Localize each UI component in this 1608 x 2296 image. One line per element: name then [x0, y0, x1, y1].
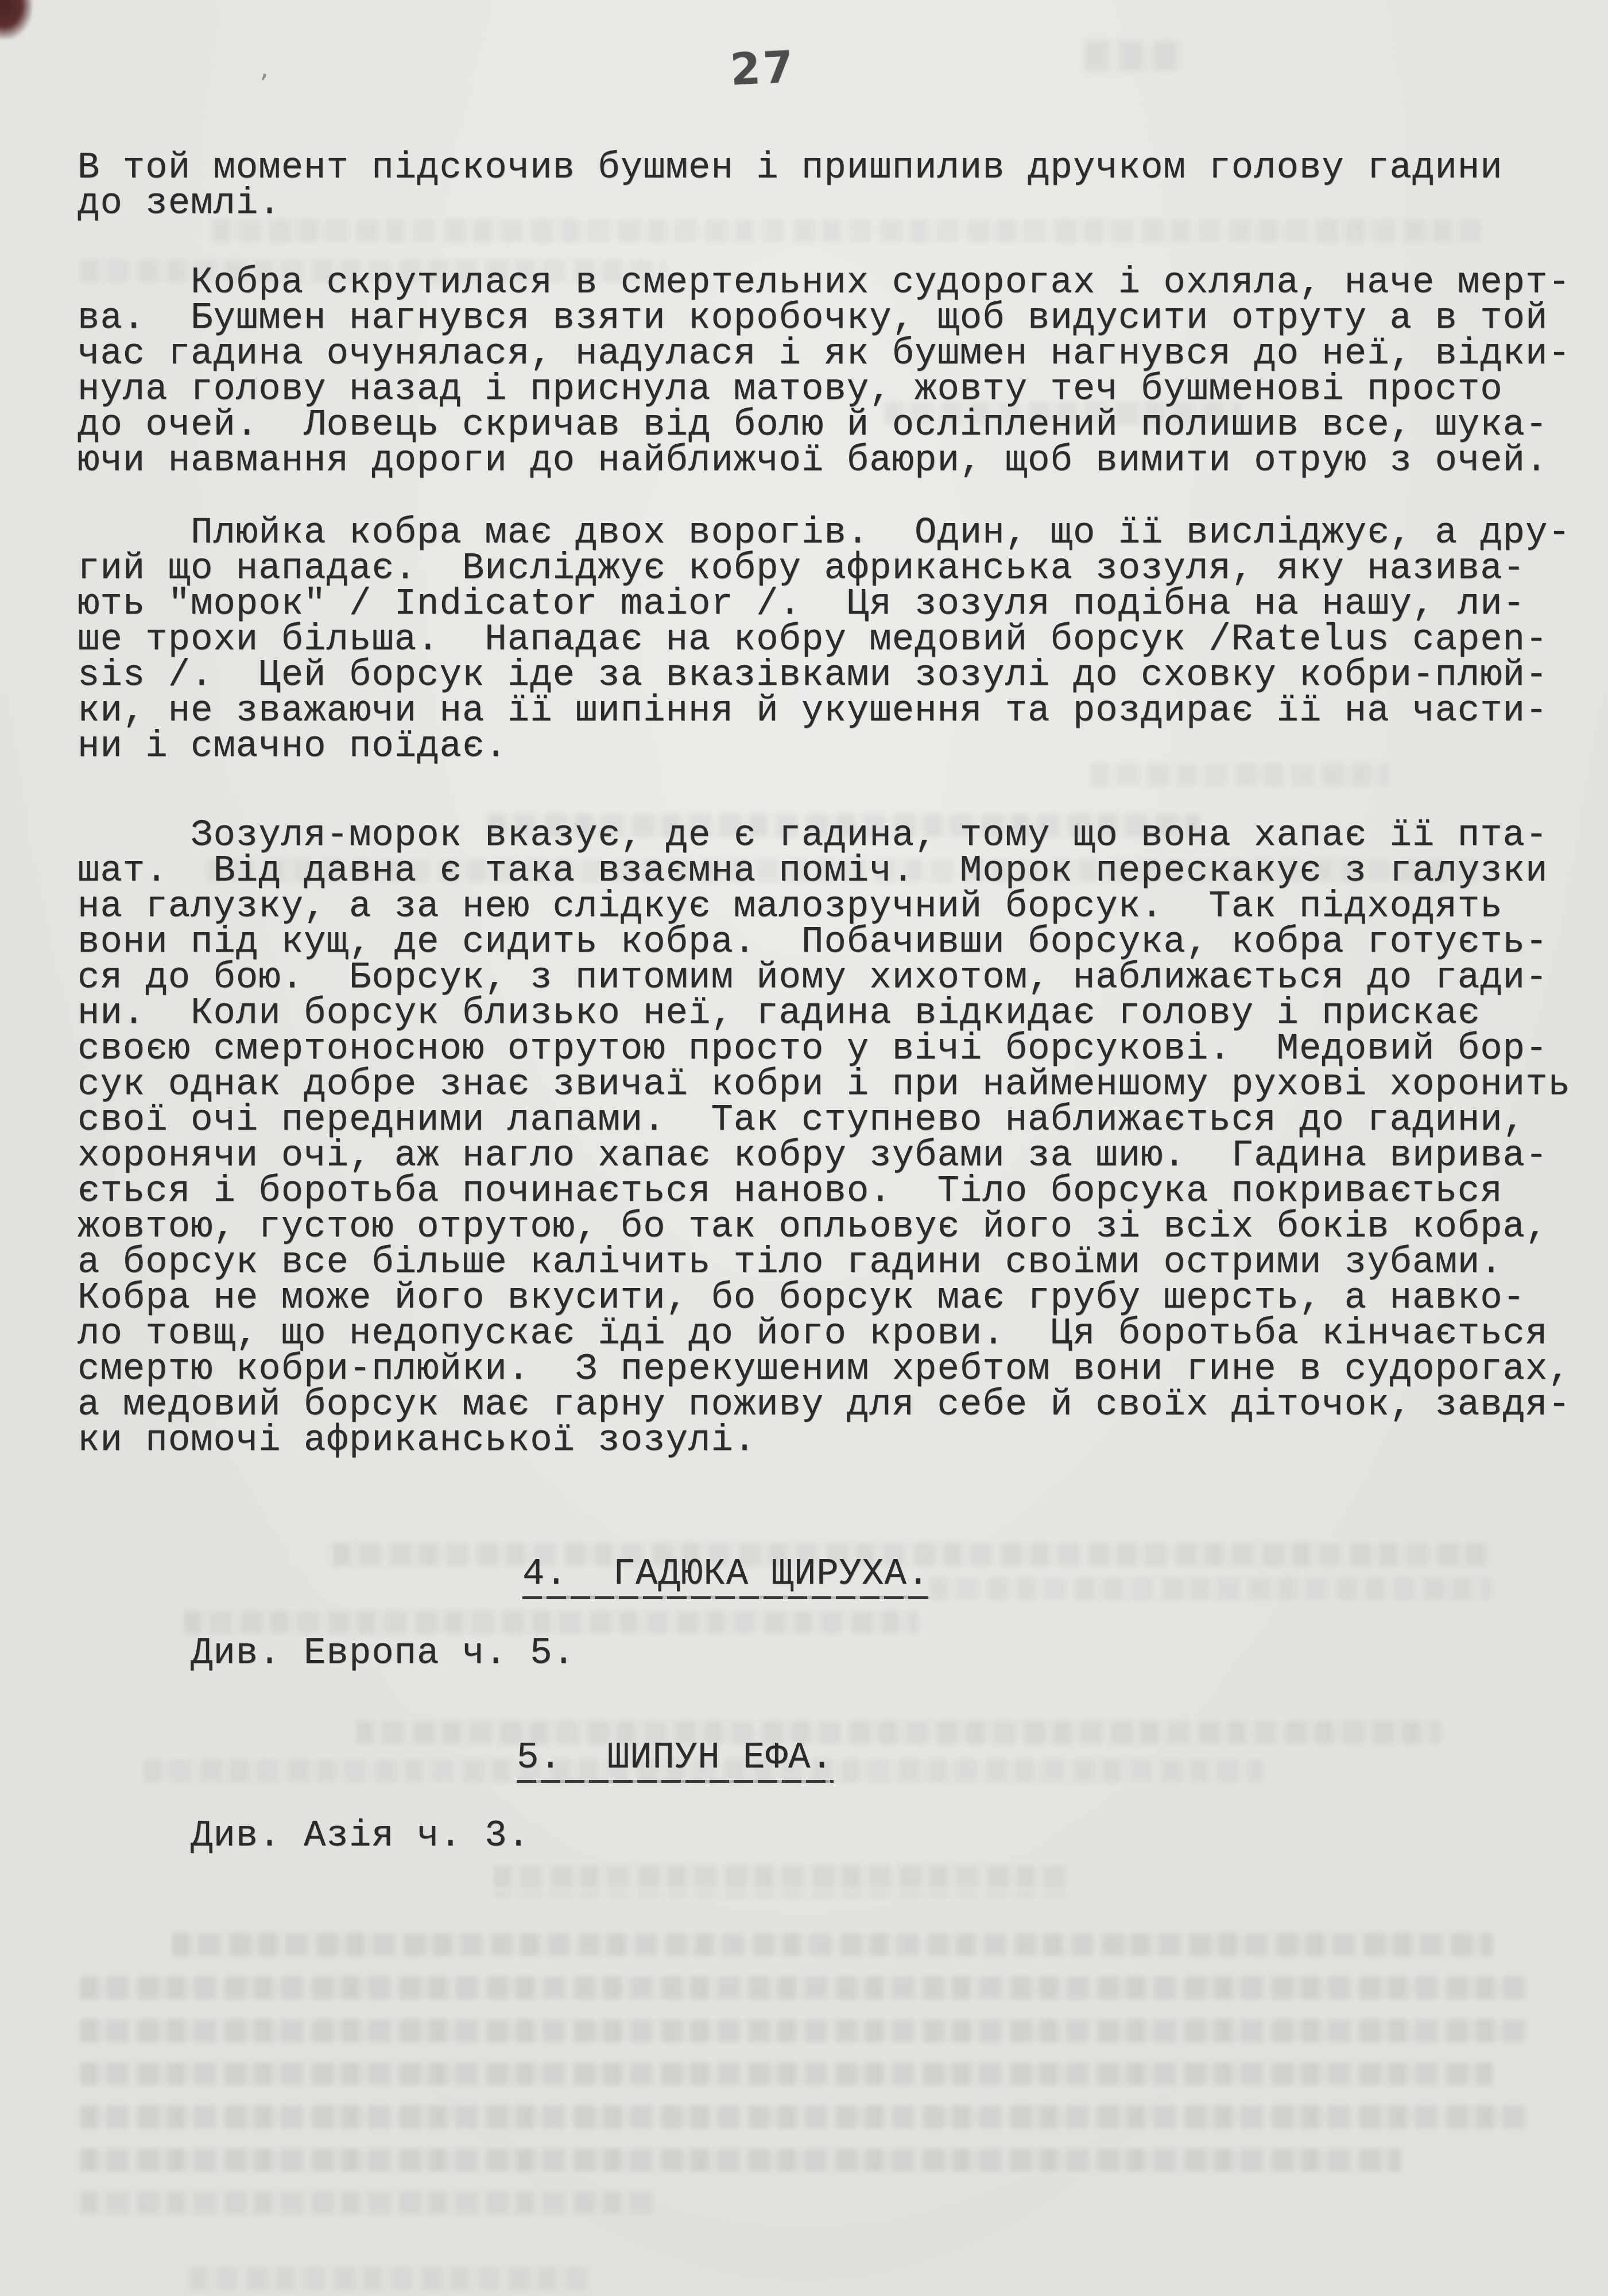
paragraph: В той момент підскочив бушмен і пришпили…	[78, 150, 1503, 222]
page-number: 27	[729, 41, 797, 95]
text-line: на галузку, а за нею слідкує малозручний…	[78, 889, 1571, 925]
text-line: до землі.	[78, 186, 1503, 222]
see-reference-5: Див. Азія ч. 3.	[78, 1818, 530, 1854]
paragraph: Кобра скрутилася в смертельних судорогах…	[78, 265, 1571, 479]
text-line: а борсук все більше калічить тіло гадини…	[78, 1245, 1571, 1281]
text-line: сук однак добре знає звичаї кобри і при …	[78, 1067, 1571, 1103]
bleed-through-underline	[494, 1892, 1074, 1898]
bleed-through-line	[930, 1577, 1493, 1600]
bleed-through-line	[184, 1611, 919, 1634]
text-line: Зозуля-морок вказує, де є гадина, тому щ…	[78, 818, 1571, 854]
text-line: В той момент підскочив бушмен і пришпили…	[78, 150, 1503, 186]
pencil-mark: ,	[259, 52, 272, 84]
scanned-document-page: , 27 В той момент підскочив бушмен і при…	[0, 0, 1608, 2296]
text-line: своєю смертоносною отрутою просто у вічі…	[78, 1031, 1571, 1067]
text-line: нула голову назад і приснула матову, жов…	[78, 372, 1571, 408]
text-line: ло товщ, що недопускає їді до його крови…	[78, 1316, 1571, 1352]
text-line: ючи навмання дороги до найближчої баюри,…	[78, 443, 1571, 479]
paragraph: Плюйка кобра має двох ворогів. Один, що …	[78, 515, 1571, 765]
bleed-through-line	[189, 2267, 591, 2290]
section-heading-4: 4. ГАДЮКА ЩИРУХА.	[78, 1557, 929, 1599]
text-line: ють "морок" / Indicator maior /. Ця зозу…	[78, 587, 1571, 622]
bleed-through-line	[80, 2148, 1401, 2171]
text-line: а медовий борсук має гарну поживу для се…	[78, 1387, 1571, 1423]
bleed-through-line	[80, 2019, 1527, 2042]
text-line: ся до бою. Борсук, з питомим йому хихото…	[78, 960, 1571, 996]
text-line: ни і смачно поїдає.	[78, 729, 1571, 765]
text-line: вони під кущ, де сидить кобра. Побачивши…	[78, 925, 1571, 960]
text-line: смертю кобри-плюйки. З перекушеним хребт…	[78, 1352, 1571, 1387]
section-heading-5-text: 5. ШИПУН ЕФА.	[517, 1740, 834, 1783]
bleed-through-line	[80, 1976, 1527, 1999]
text-line: ки помочі африканської зозулі.	[78, 1423, 1571, 1459]
bleed-through-page-number	[1085, 40, 1183, 71]
text-line: ва. Бушмен нагнувся взяти коробочку, щоб…	[78, 301, 1571, 336]
paragraph: Зозуля-морок вказує, де є гадина, тому щ…	[78, 818, 1571, 1459]
bleed-through-line	[80, 2062, 1493, 2085]
bleed-through-line	[80, 2192, 654, 2214]
text-line: хоронячи очі, аж нагло хапає кобру зубам…	[78, 1138, 1571, 1174]
text-line: гий що нападає. Висліджує кобру африканс…	[78, 551, 1571, 587]
text-line: ни. Коли борсук близько неї, гадина відк…	[78, 996, 1571, 1031]
corner-stain	[0, 0, 32, 39]
text-line: Кобра не може його вкусити, бо борсук ма…	[78, 1281, 1571, 1316]
text-line: Плюйка кобра має двох ворогів. Один, що …	[78, 515, 1571, 551]
text-line: ється і боротьба починається наново. Тіл…	[78, 1174, 1571, 1209]
section-heading-5: 5. ШИПУН ЕФА.	[78, 1740, 834, 1783]
text-line: жовтою, густою отрутою, бо так опльовує …	[78, 1209, 1571, 1245]
bleed-through-line	[172, 1933, 1493, 1956]
bleed-through-line	[212, 219, 1481, 242]
text-line: sis /. Цей борсук іде за вказівками зозу…	[78, 658, 1571, 693]
text-line: ки, не зважаючи на її шипіння й укушення…	[78, 693, 1571, 729]
text-line: ше трохи більша. Нападає на кобру медови…	[78, 622, 1571, 658]
bleed-through-line	[494, 1865, 1074, 1888]
text-line: час гадина очунялася, надулася і як бушм…	[78, 336, 1571, 372]
see-reference-4: Див. Европа ч. 5.	[78, 1636, 575, 1671]
text-line: до очей. Ловець скричав від болю й осліп…	[78, 408, 1571, 443]
text-line: Кобра скрутилася в смертельних судорогах…	[78, 265, 1571, 301]
bleed-through-line	[80, 2105, 1527, 2128]
text-line: свої очі передними лапами. Так ступнево …	[78, 1103, 1571, 1138]
section-heading-4-text: 4. ГАДЮКА ЩИРУХА.	[522, 1557, 929, 1599]
text-line: шат. Від давна є така взаємна поміч. Мор…	[78, 854, 1571, 889]
bleed-through-line	[1091, 763, 1389, 786]
